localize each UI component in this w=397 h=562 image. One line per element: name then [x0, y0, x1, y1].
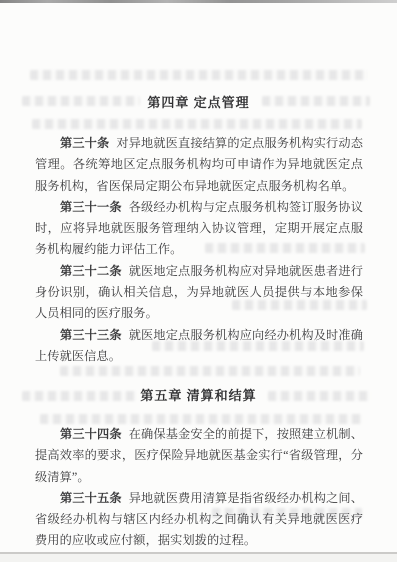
- article-34: 第三十四条在确保基金安全的前提下，按照建立机制、提高效率的要求，医疗保险异地就医…: [35, 424, 363, 488]
- scanner-top-edge: [0, 0, 397, 3]
- article-30: 第三十条对异地就医直接结算的定点服务机构实行动态管理。各统筹地区定点服务机构均可…: [35, 133, 363, 197]
- article-30-label: 第三十条: [60, 136, 109, 150]
- bleed-through-noise: [60, 366, 360, 376]
- bleed-through-noise: [40, 414, 362, 424]
- chapter-4-body: 第三十条对异地就医直接结算的定点服务机构实行动态管理。各统筹地区定点服务机构均可…: [35, 133, 363, 367]
- article-33: 第三十三条就医地定点服务机构应向经办机构及时准确上传就医信息。: [35, 325, 363, 368]
- article-34-label: 第三十四条: [60, 427, 122, 441]
- bleed-through-noise: [32, 119, 362, 129]
- chapter-5-body: 第三十四条在确保基金安全的前提下，按照建立机制、提高效率的要求，医疗保险异地就医…: [35, 424, 363, 552]
- chapter-5-heading: 第五章 清算和结算: [0, 385, 397, 404]
- article-31-label: 第三十一条: [60, 200, 122, 214]
- scanner-background: [0, 554, 397, 562]
- article-35-label: 第三十五条: [60, 491, 122, 505]
- page-number: 9: [0, 537, 397, 547]
- chapter-4-heading: 第四章 定点管理: [0, 92, 397, 111]
- article-32: 第三十二条就医地定点服务机构应对异地就医患者进行身份识别，确认相关信息，为异地就…: [35, 261, 363, 325]
- article-32-label: 第三十二条: [60, 264, 122, 278]
- bleed-through-noise: [30, 70, 368, 80]
- scanned-document-page: 第四章 定点管理 第三十条对异地就医直接结算的定点服务机构实行动态管理。各统筹地…: [0, 0, 397, 562]
- article-31: 第三十一条各级经办机构与定点服务机构签订服务协议时，应将异地就医服务管理纳入协议…: [35, 197, 363, 261]
- article-33-label: 第三十三条: [60, 328, 122, 342]
